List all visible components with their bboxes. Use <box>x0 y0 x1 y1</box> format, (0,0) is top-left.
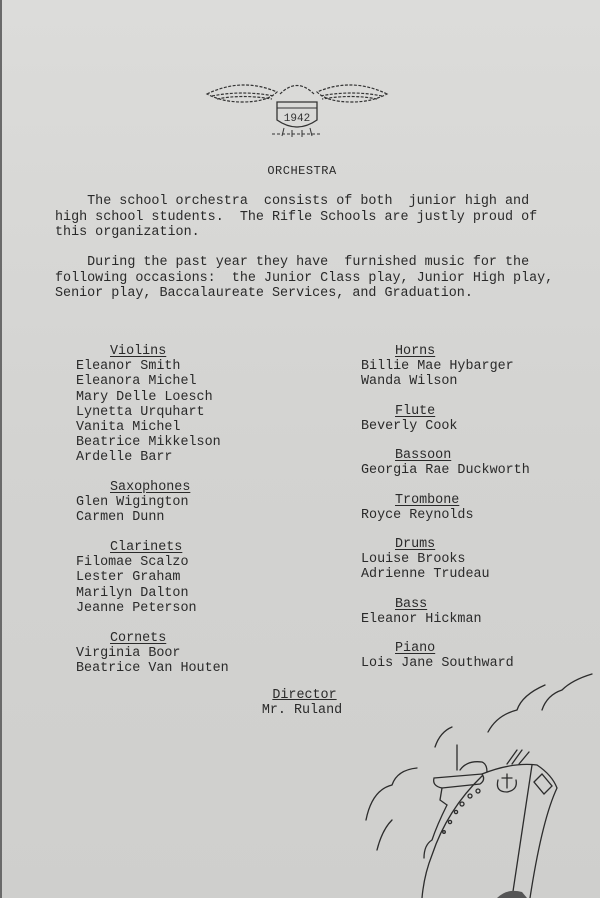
member-name: Jeanne Peterson <box>76 601 197 616</box>
member-name: Carmen Dunn <box>76 510 190 525</box>
member-name: Beatrice Van Houten <box>76 661 229 676</box>
member-name: Virginia Boor <box>76 646 229 661</box>
member-name: Ardelle Barr <box>76 450 221 465</box>
intro-paragraph: The school orchestra consists of both ju… <box>55 194 575 241</box>
section-heading: Cornets <box>76 631 229 646</box>
member-name: Eleanor Hickman <box>361 612 482 627</box>
director-name: Mr. Ruland <box>262 703 342 718</box>
member-name: Mary Delle Loesch <box>76 390 221 405</box>
member-name: Eleanora Michel <box>76 374 221 389</box>
occasions-paragraph: During the past year they have furnished… <box>55 255 575 302</box>
member-name: Vanita Michel <box>76 420 221 435</box>
section-heading: Flute <box>361 404 457 419</box>
page-title: ORCHESTRA <box>2 164 600 178</box>
member-name: Lynetta Urquhart <box>76 405 221 420</box>
section-clarinets: Clarinets Filomae Scalzo Lester Graham M… <box>76 540 197 616</box>
member-name: Royce Reynolds <box>361 508 474 523</box>
member-name: Louise Brooks <box>361 552 490 567</box>
svg-text:1942: 1942 <box>284 113 310 125</box>
member-name: Georgia Rae Duckworth <box>361 463 530 478</box>
section-bassoon: Bassoon Georgia Rae Duckworth <box>361 448 530 478</box>
section-heading: Piano <box>361 641 514 656</box>
section-flute: Flute Beverly Cook <box>361 404 457 434</box>
section-horns: Horns Billie Mae Hybarger Wanda Wilson <box>361 344 514 390</box>
section-heading: Saxophones <box>76 480 190 495</box>
section-bass: Bass Eleanor Hickman <box>361 597 482 627</box>
member-name: Filomae Scalzo <box>76 555 197 570</box>
section-heading: Violins <box>76 344 221 359</box>
member-name: Marilyn Dalton <box>76 586 197 601</box>
section-heading: Bassoon <box>361 448 530 463</box>
section-heading: Bass <box>361 597 482 612</box>
member-name: Beatrice Mikkelson <box>76 435 221 450</box>
eagle-shield-icon: 1942 <box>202 72 392 142</box>
section-trombone: Trombone Royce Reynolds <box>361 493 474 523</box>
ship-drawing-icon <box>362 660 600 898</box>
member-name: Billie Mae Hybarger <box>361 359 514 374</box>
section-heading: Horns <box>361 344 514 359</box>
section-cornets: Cornets Virginia Boor Beatrice Van Houte… <box>76 631 229 677</box>
document-page: 1942 ORCHESTRA The school orchestra cons… <box>0 0 600 898</box>
section-heading: Clarinets <box>76 540 197 555</box>
section-heading: Drums <box>361 537 490 552</box>
member-name: Eleanor Smith <box>76 359 221 374</box>
member-name: Lester Graham <box>76 570 197 585</box>
section-drums: Drums Louise Brooks Adrienne Trudeau <box>361 537 490 583</box>
member-name: Glen Wigington <box>76 495 190 510</box>
section-saxophones: Saxophones Glen Wigington Carmen Dunn <box>76 480 190 526</box>
member-name: Wanda Wilson <box>361 374 514 389</box>
member-name: Adrienne Trudeau <box>361 567 490 582</box>
section-heading: Trombone <box>361 493 474 508</box>
member-name: Beverly Cook <box>361 419 457 434</box>
section-violins: Violins Eleanor Smith Eleanora Michel Ma… <box>76 344 221 466</box>
